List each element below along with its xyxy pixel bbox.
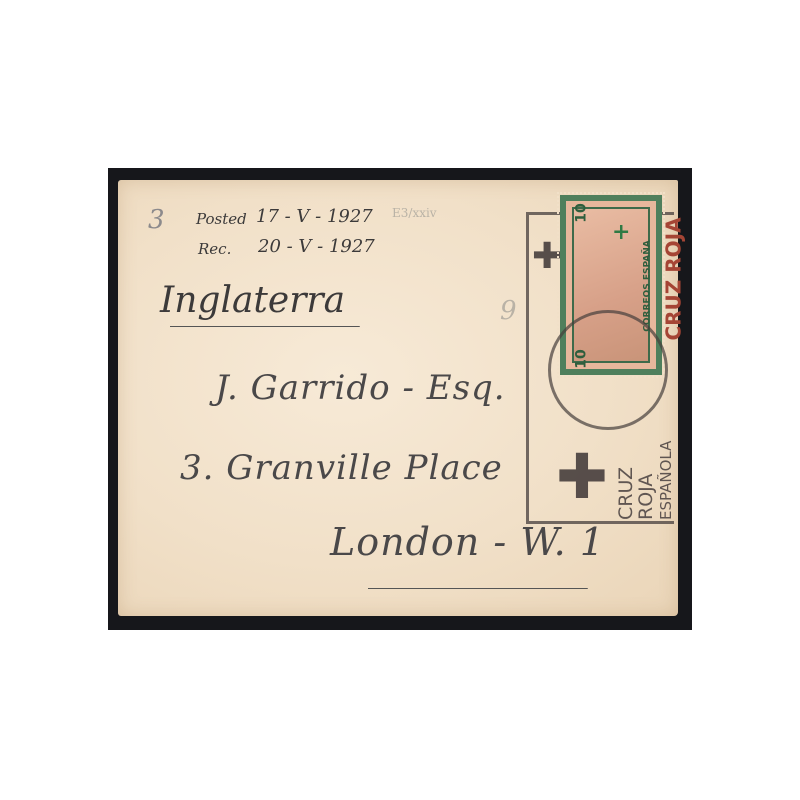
stamp-overprint: CRUZ ROJA bbox=[662, 217, 686, 340]
address-line-2: 3. Granville Place bbox=[180, 448, 503, 488]
posted-label: Posted bbox=[196, 210, 247, 228]
catalog-reference: E3/xxiv bbox=[392, 206, 437, 220]
pencil-mark: 3 bbox=[148, 205, 165, 235]
posted-date: 17 - V - 1927 bbox=[256, 206, 373, 227]
circular-datestamp bbox=[548, 310, 668, 430]
routing-inglaterra: Inglaterra bbox=[160, 280, 345, 321]
pencil-number: 9 bbox=[500, 296, 517, 326]
cancel-slogan-line-3: ESPAÑOLA bbox=[656, 441, 676, 520]
address-underline bbox=[368, 588, 588, 589]
stamp-value-top: 10 bbox=[574, 203, 590, 222]
rec-date: 20 - V - 1927 bbox=[258, 236, 375, 257]
cancel-slogan-line-1: CRUZ bbox=[616, 467, 636, 520]
cancel-slogan-line-2: ROJA bbox=[636, 474, 656, 520]
red-cross-cancel-icon-top: ✚ bbox=[532, 236, 562, 277]
address-line-1: J. Garrido - Esq. bbox=[215, 368, 506, 408]
stamp-country-text: CORREOS ESPAÑA bbox=[643, 240, 653, 331]
routing-underline bbox=[170, 326, 360, 327]
rec-label: Rec. bbox=[198, 240, 231, 258]
address-line-3: London - W. 1 bbox=[330, 520, 605, 564]
red-cross-cancel-icon: ✚ bbox=[556, 440, 608, 513]
stamp-green-cross-icon: + bbox=[612, 219, 630, 245]
